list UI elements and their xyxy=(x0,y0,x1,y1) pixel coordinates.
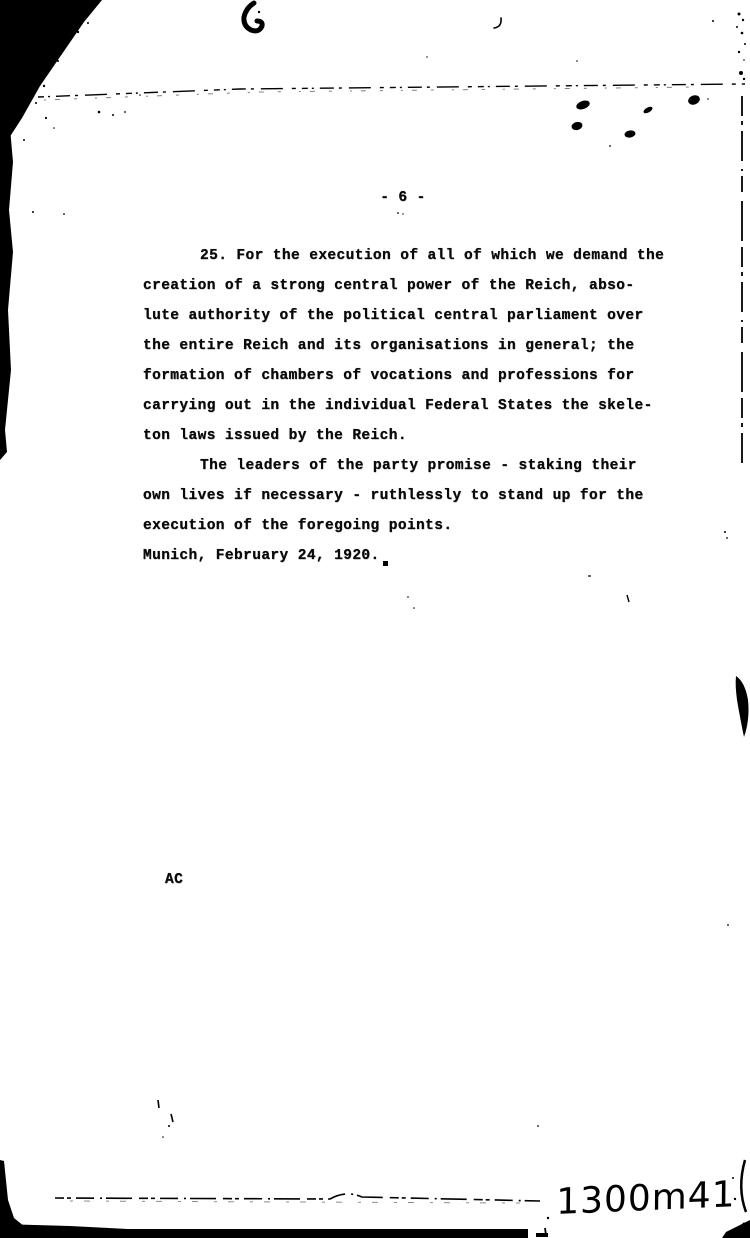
bottom-left-edge-artifact xyxy=(0,1160,30,1238)
ink-blobs xyxy=(426,56,701,147)
scanned-document-page: - 6 - 25. For the execution of all of wh… xyxy=(0,0,750,1238)
text-line: execution of the foregoing points. xyxy=(143,511,683,541)
bottom-band-fragment xyxy=(536,1233,548,1237)
page-number: - 6 - xyxy=(368,190,438,206)
left-edge-artifact xyxy=(0,96,13,460)
text-line: The leaders of the party promise - staki… xyxy=(143,451,683,481)
text-line: 25. For the execution of all of which we… xyxy=(143,241,683,271)
paper-speckles xyxy=(23,22,141,215)
bottom-right-stroke-artifact xyxy=(741,1160,746,1212)
text-line: the entire Reich and its organisations i… xyxy=(143,331,683,361)
typist-initials: AC xyxy=(165,872,183,888)
text-line: Munich, February 24, 1920. xyxy=(143,541,683,571)
right-blob-artifact xyxy=(736,676,749,737)
text-line: ton laws issued by the Reich. xyxy=(143,421,683,451)
right-edge-specks xyxy=(707,13,746,539)
corner-fold-artifact xyxy=(0,0,102,152)
bottom-stray-marks xyxy=(158,1100,549,1235)
text-line: formation of chambers of vocations and p… xyxy=(143,361,683,391)
hook-mark-artifact xyxy=(494,18,501,28)
top-scan-line xyxy=(38,84,745,97)
text-line: lute authority of the political central … xyxy=(143,301,683,331)
bottom-band-artifact xyxy=(0,1224,528,1238)
document-body: 25. For the execution of all of which we… xyxy=(143,241,683,571)
bottom-right-corner-artifact xyxy=(722,1220,750,1238)
text-line: creation of a strong central power of th… xyxy=(143,271,683,301)
bottom-scan-line xyxy=(55,1194,540,1201)
text-line: own lives if necessary - ruthlessly to s… xyxy=(143,481,683,511)
scan-artifacts-layer xyxy=(0,0,750,1238)
handwritten-note: 1300m41 xyxy=(556,1174,736,1223)
text-line: carrying out in the individual Federal S… xyxy=(143,391,683,421)
curl-mark-artifact xyxy=(244,3,262,31)
